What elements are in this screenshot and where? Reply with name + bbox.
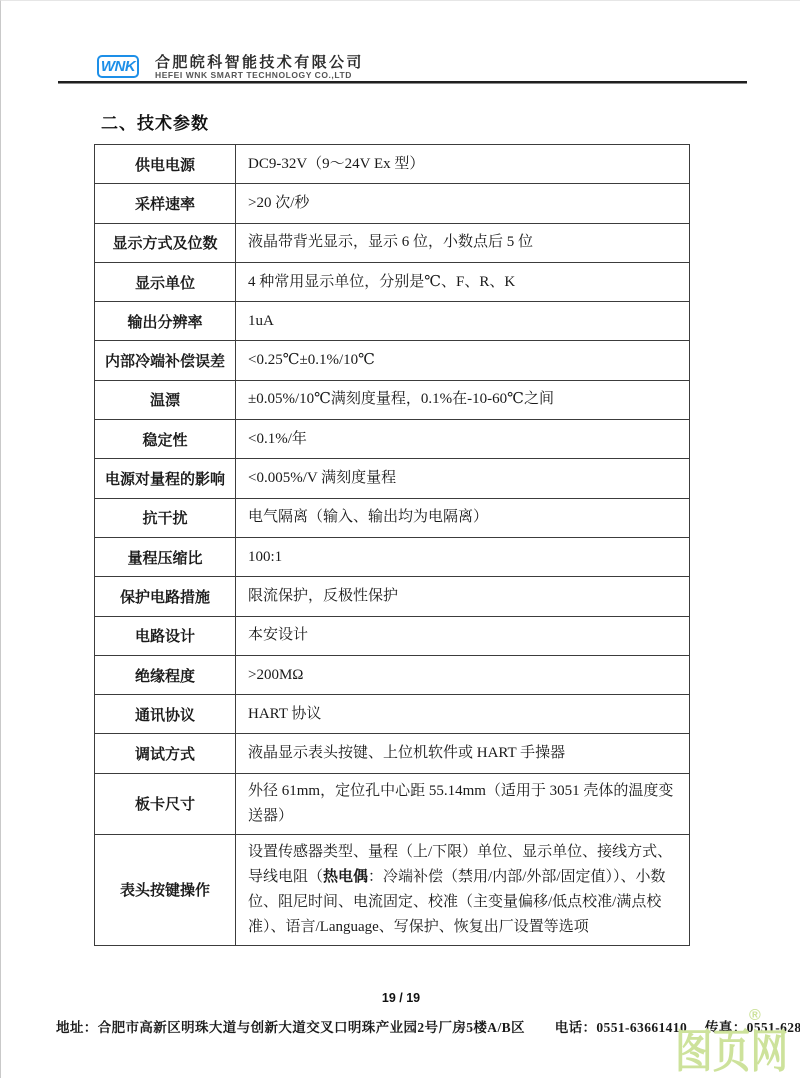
param-name-cell: 通讯协议 — [95, 695, 236, 733]
table-row: 显示方式及位数液晶带背光显示，显示 6 位，小数点后 5 位 — [95, 224, 689, 263]
param-name-cell: 内部冷端补偿误差 — [95, 341, 236, 379]
table-row: 量程压缩比100:1 — [95, 538, 689, 577]
param-value-cell: 4 种常用显示单位，分别是℃、F、R、K — [236, 263, 689, 301]
company-name-en: HEFEI WNK SMART TECHNOLOGY CO.,LTD — [155, 70, 352, 80]
table-row: 采样速率>20 次/秒 — [95, 184, 689, 223]
company-name-cn: 合肥皖科智能技术有限公司 — [155, 51, 364, 72]
table-row: 电路设计本安设计 — [95, 617, 689, 656]
param-name-cell: 显示方式及位数 — [95, 224, 236, 262]
table-row: 显示单位4 种常用显示单位，分别是℃、F、R、K — [95, 263, 689, 302]
param-value-cell: 1uA — [236, 302, 689, 340]
param-name-cell: 温漂 — [95, 381, 236, 419]
param-name-cell: 供电电源 — [95, 145, 236, 183]
section-title: 二、技术参数 — [101, 109, 209, 134]
table-row: 绝缘程度>200MΩ — [95, 656, 689, 695]
footer-address-value: 合肥市高新区明珠大道与创新大道交叉口明珠产业园2号厂房5楼A/B区 — [98, 1020, 525, 1035]
table-row: 输出分辨率1uA — [95, 302, 689, 341]
footer-phone-value: 0551-63661410 — [596, 1020, 687, 1035]
header-divider — [58, 81, 747, 84]
param-name-cell: 调试方式 — [95, 734, 236, 772]
param-value-cell: 外径 61mm，定位孔中心距 55.14mm（适用于 3051 壳体的温度变送器… — [236, 774, 689, 834]
param-value-cell: >200MΩ — [236, 656, 689, 694]
param-value-cell: >20 次/秒 — [236, 184, 689, 222]
param-name-cell: 表头按键操作 — [95, 835, 236, 945]
param-value-cell: <0.25℃±0.1%/10℃ — [236, 341, 689, 379]
spec-table: 供电电源DC9-32V（9～24V Ex 型）采样速率>20 次/秒显示方式及位… — [94, 144, 690, 946]
table-row: 供电电源DC9-32V（9～24V Ex 型） — [95, 145, 689, 184]
wnk-logo: WNK — [97, 55, 139, 78]
footer-phone: 电话：0551-63661410 — [555, 1020, 687, 1035]
table-row: 板卡尺寸外径 61mm，定位孔中心距 55.14mm（适用于 3051 壳体的温… — [95, 774, 689, 835]
param-name-cell: 抗干扰 — [95, 499, 236, 537]
param-value-cell: 本安设计 — [236, 617, 689, 655]
document-page: { "header": { "logo_text": "WNK", "compa… — [0, 0, 800, 1078]
param-value-cell: <0.1%/年 — [236, 420, 689, 458]
param-value-cell: 设置传感器类型、量程（上/下限）单位、显示单位、接线方式、导线电阻（热电偶：冷端… — [236, 835, 689, 945]
footer-address-label: 地址： — [56, 1020, 98, 1035]
param-value-cell: ±0.05%/10℃满刻度量程，0.1%在-10-60℃之间 — [236, 381, 689, 419]
footer-phone-label: 电话： — [555, 1020, 597, 1035]
footer-address: 地址：合肥市高新区明珠大道与创新大道交叉口明珠产业园2号厂房5楼A/B区 — [56, 1020, 525, 1035]
param-name-cell: 显示单位 — [95, 263, 236, 301]
param-name-cell: 量程压缩比 — [95, 538, 236, 576]
registered-trademark-icon: ® — [749, 1007, 761, 1025]
param-name-cell: 输出分辨率 — [95, 302, 236, 340]
param-name-cell: 保护电路措施 — [95, 577, 236, 615]
table-row: 表头按键操作设置传感器类型、量程（上/下限）单位、显示单位、接线方式、导线电阻（… — [95, 835, 689, 945]
param-name-cell: 电路设计 — [95, 617, 236, 655]
param-value-cell: 液晶显示表头按键、上位机软件或 HART 手操器 — [236, 734, 689, 772]
table-row: 温漂±0.05%/10℃满刻度量程，0.1%在-10-60℃之间 — [95, 381, 689, 420]
table-row: 稳定性<0.1%/年 — [95, 420, 689, 459]
table-row: 抗干扰电气隔离（输入、输出均为电隔离） — [95, 499, 689, 538]
param-name-cell: 稳定性 — [95, 420, 236, 458]
watermark-text: 图页网 — [675, 1025, 788, 1078]
table-row: 内部冷端补偿误差<0.25℃±0.1%/10℃ — [95, 341, 689, 380]
param-name-cell: 电源对量程的影响 — [95, 459, 236, 497]
wnk-logo-text: WNK — [101, 58, 135, 75]
param-value-cell: 100:1 — [236, 538, 689, 576]
param-value-cell: HART 协议 — [236, 695, 689, 733]
table-row: 通讯协议HART 协议 — [95, 695, 689, 734]
page-number: 19 / 19 — [1, 991, 800, 1005]
table-row: 调试方式液晶显示表头按键、上位机软件或 HART 手操器 — [95, 734, 689, 773]
param-name-cell: 绝缘程度 — [95, 656, 236, 694]
param-name-cell: 板卡尺寸 — [95, 774, 236, 834]
table-row: 保护电路措施限流保护，反极性保护 — [95, 577, 689, 616]
param-value-cell: DC9-32V（9～24V Ex 型） — [236, 145, 689, 183]
table-row: 电源对量程的影响<0.005%/V 满刻度量程 — [95, 459, 689, 498]
param-name-cell: 采样速率 — [95, 184, 236, 222]
param-value-cell: 电气隔离（输入、输出均为电隔离） — [236, 499, 689, 537]
param-value-cell: 液晶带背光显示，显示 6 位，小数点后 5 位 — [236, 224, 689, 262]
param-value-cell: 限流保护，反极性保护 — [236, 577, 689, 615]
param-value-cell: <0.005%/V 满刻度量程 — [236, 459, 689, 497]
